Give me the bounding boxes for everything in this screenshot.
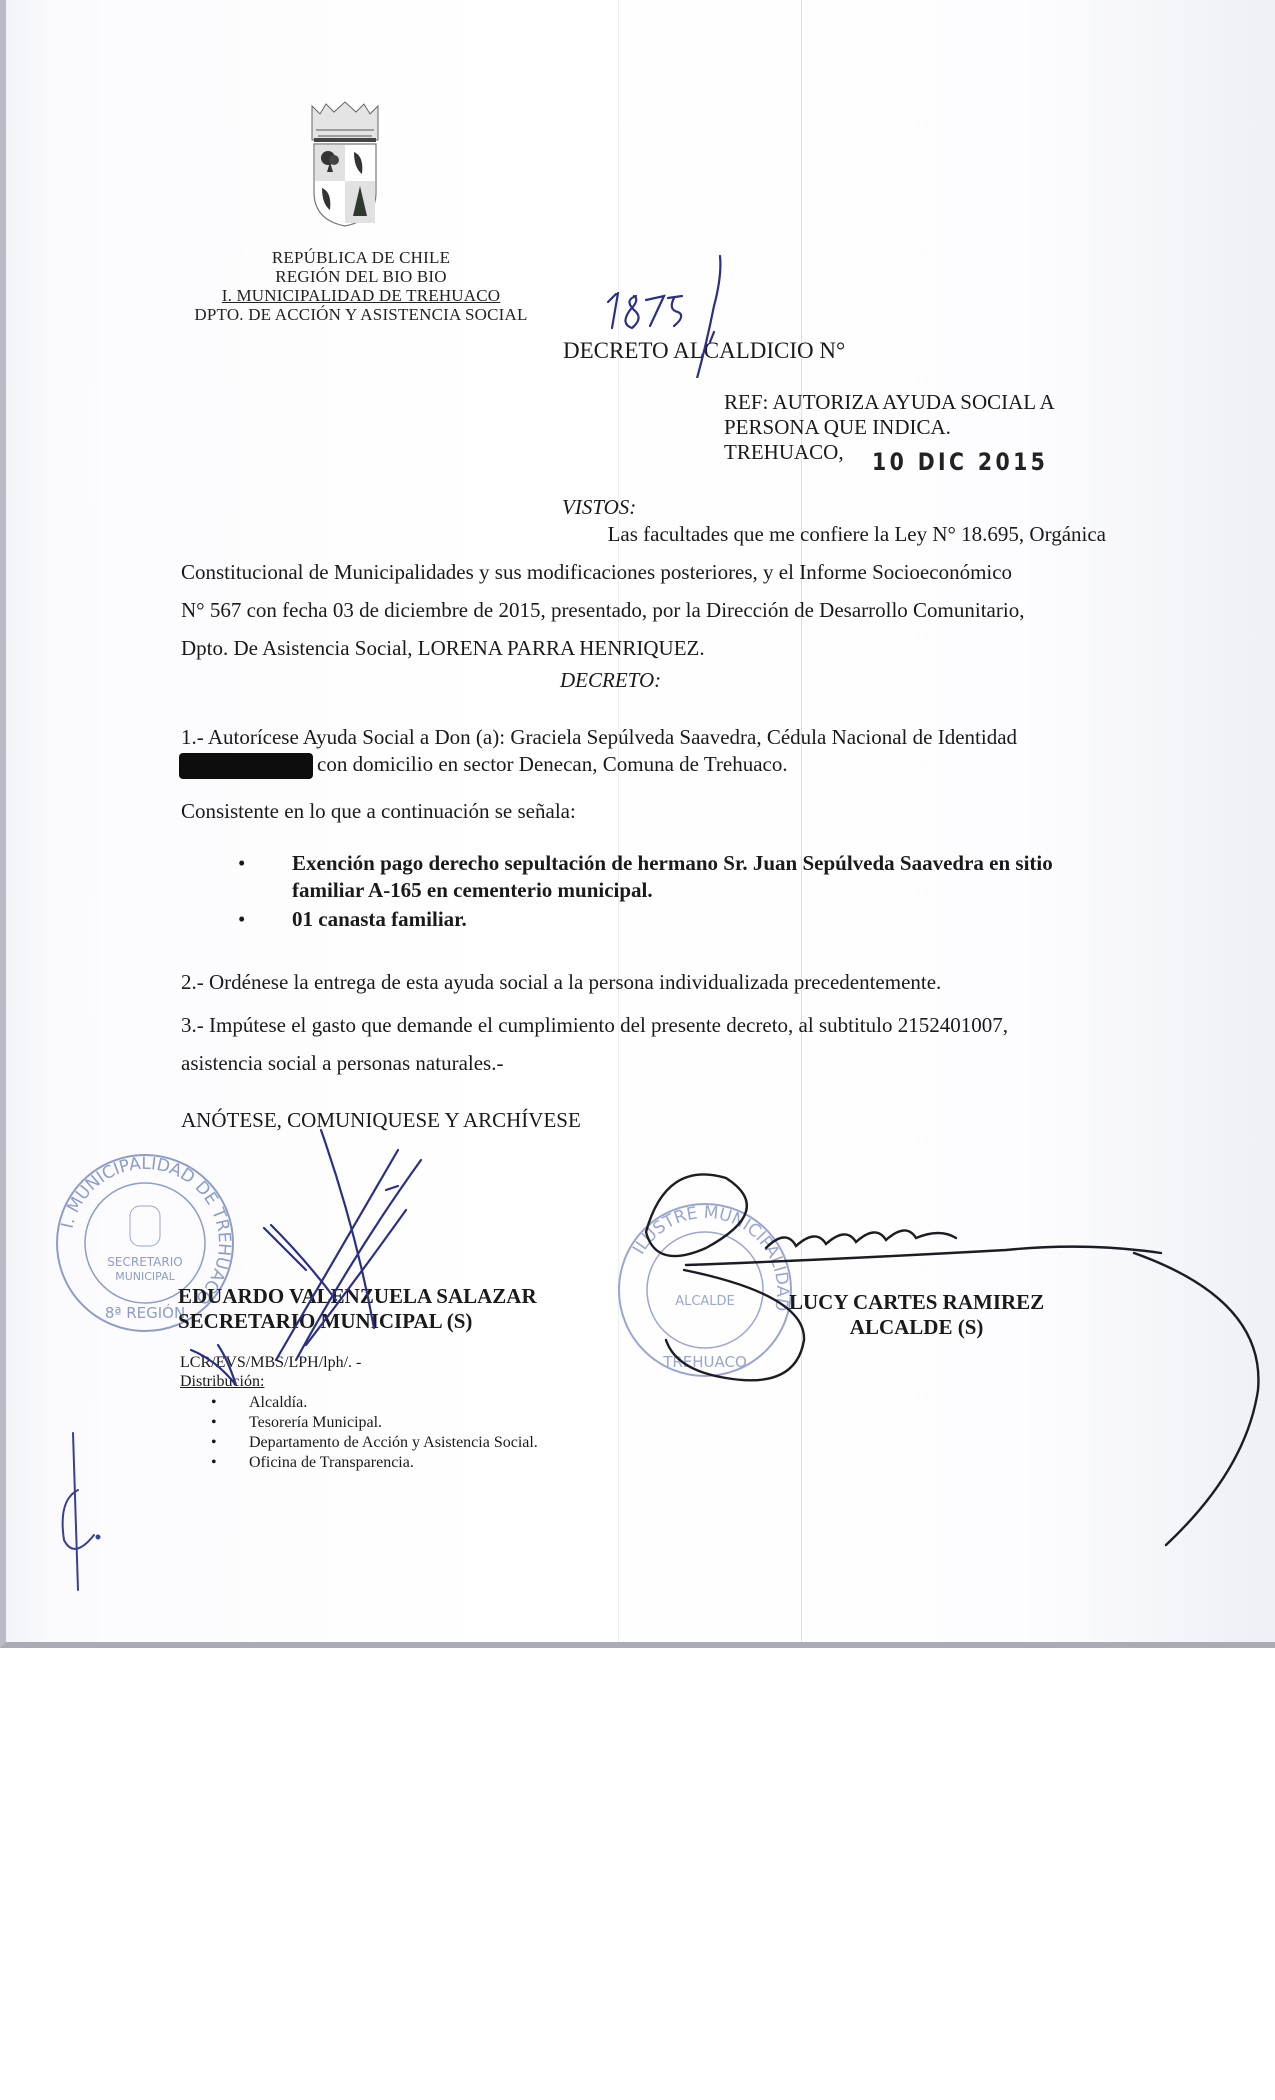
svg-text:SECRETARIO: SECRETARIO [107,1255,182,1269]
mayor-title: ALCALDE (S) [789,1315,1044,1340]
decree-item-1: 1.- Autorícese Ayuda Social a Don (a): G… [181,724,1106,779]
redacted-id-number [179,753,313,779]
ref-line-2: PERSONA QUE INDICA. [724,415,1055,440]
mayor-signature-block: LUCY CARTES RAMIREZ ALCALDE (S) [789,1290,1044,1340]
bullet-icon: • [211,1413,217,1433]
decree-item-2: 2.- Ordénese la entrega de esta ayuda so… [181,970,941,995]
header-region: REGIÓN DEL BIO BIO [156,267,566,286]
closing-formula: ANÓTESE, COMUNIQUESE Y ARCHÍVESE [181,1108,581,1133]
svg-text:8ª REGIÓN: 8ª REGIÓN [105,1303,185,1322]
distribution-heading: Distribución: [180,1373,264,1391]
header-municipality: I. MUNICIPALIDAD DE TREHUACO [156,286,566,305]
svg-text:MUNICIPAL: MUNICIPAL [115,1270,175,1283]
vistos-line-2: Constitucional de Municipalidades y sus … [181,553,1106,591]
secretary-name: EDUARDO VALENZUELA SALAZAR [178,1284,537,1309]
secretary-title: SECRETARIO MUNICIPAL (S) [178,1309,537,1334]
mayor-seal-stamp: ILUSTRE MUNICIPALIDAD ALCALDE TREHUACO [610,1195,800,1385]
reference-initials: LCR/EVS/MBS/LPH/lph/. - [180,1354,361,1372]
fold-line [801,0,802,1642]
header-country: REPÚBLICA DE CHILE [156,248,566,267]
fold-line [618,0,619,1642]
scanned-page: REPÚBLICA DE CHILE REGIÓN DEL BIO BIO I.… [0,0,1275,1648]
aid-list-item: •Exención pago derecho sepultación de he… [236,850,1116,904]
aid-list: •Exención pago derecho sepultación de he… [236,850,1116,935]
bullet-icon: • [238,850,245,877]
handwritten-decree-number: 1875 [602,248,732,378]
bullet-icon: • [238,906,245,933]
item-3-line-2: asistencia social a personas naturales.- [181,1044,1111,1082]
distribution-item: •Tesorería Municipal. [211,1413,538,1433]
mayor-name: LUCY CARTES RAMIREZ [789,1290,1044,1315]
svg-text:ALCALDE: ALCALDE [675,1294,735,1309]
header-department: DPTO. DE ACCIÓN Y ASISTENCIA SOCIAL [156,305,566,324]
date-stamp: 10 DIC 2015 [872,448,1048,476]
secretary-signature-block: EDUARDO VALENZUELA SALAZAR SECRETARIO MU… [178,1284,537,1334]
svg-text:1875: 1875 [602,248,605,249]
bullet-icon: • [211,1393,217,1413]
decree-item-3: 3.- Impútese el gasto que demande el cum… [181,1006,1111,1082]
distribution-item: •Departamento de Acción y Asistencia Soc… [211,1433,538,1453]
ref-line-1: REF: AUTORIZA AYUDA SOCIAL A [724,390,1055,415]
decreto-heading: DECRETO: [560,668,661,693]
consistente-text: Consistente en lo que a continuación se … [181,799,576,824]
vistos-line-3: N° 567 con fecha 03 de diciembre de 2015… [181,591,1106,629]
item-3-line-1: 3.- Impútese el gasto que demande el cum… [181,1006,1111,1044]
vistos-line-4: Dpto. De Asistencia Social, LORENA PARRA… [181,629,1106,667]
municipal-coat-of-arms-icon [304,100,386,230]
margin-initial-mark-icon [63,1433,100,1590]
aid-list-item: •01 canasta familiar. [236,906,1116,933]
bullet-icon: • [211,1453,217,1473]
distribution-item: •Alcaldía. [211,1393,538,1413]
item-1-line-1: 1.- Autorícese Ayuda Social a Don (a): G… [181,724,1106,751]
svg-text:TREHUACO: TREHUACO [662,1353,747,1371]
issuer-header: REPÚBLICA DE CHILE REGIÓN DEL BIO BIO I.… [156,248,566,324]
distribution-item: •Oficina de Transparencia. [211,1453,538,1473]
vistos-paragraph: Las facultades que me confiere la Ley N°… [181,515,1106,667]
bullet-icon: • [211,1433,217,1453]
vistos-line-1: Las facultades que me confiere la Ley N°… [181,515,1106,553]
distribution-list: •Alcaldía. •Tesorería Municipal. •Depart… [211,1393,538,1473]
item-1-line-2: con domicilio en sector Denecan, Comuna … [317,752,788,776]
